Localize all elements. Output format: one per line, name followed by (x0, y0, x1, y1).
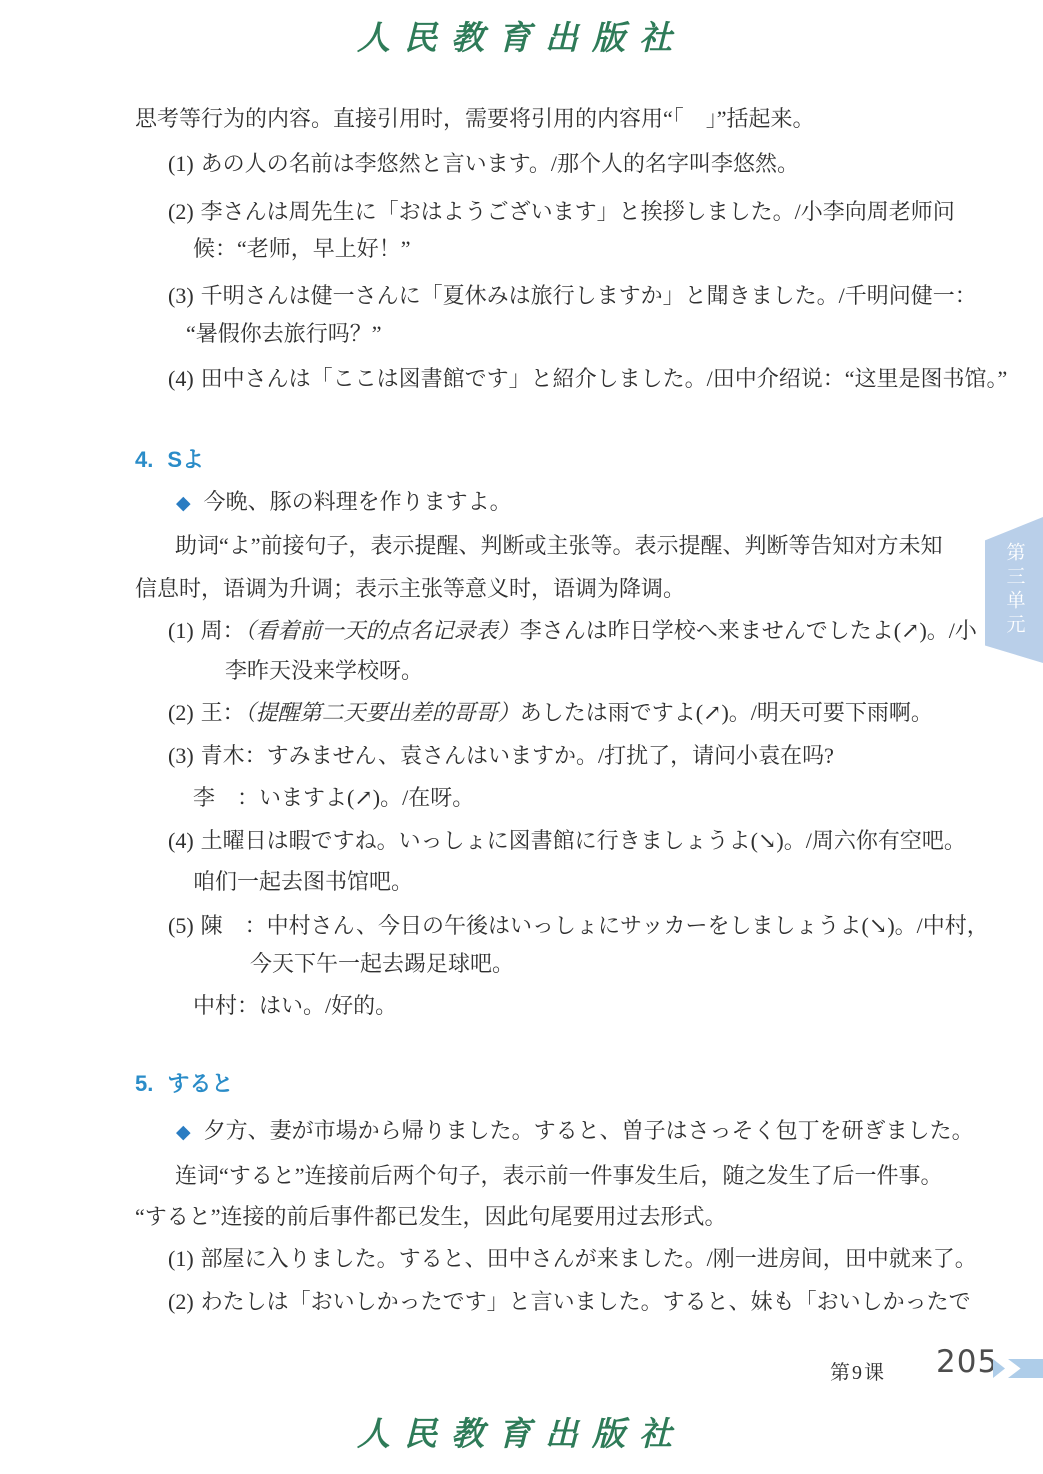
section-4-explanation-line-1: 助词“よ”前接句子，表示提醒、判断或主张等。表示提醒、判断等告知对方未知 (175, 532, 943, 559)
key-sentence-text: 夕方、妻が市場から帰りました。すると、曽子はさっそく包丁を研ぎました。 (204, 1118, 974, 1143)
intro-example-2: (2)李さんは周先生に「おはようございます」と挨拶しました。/小李向周老师问 (168, 198, 955, 225)
example-text: いますよ(↗)。/在呀。 (259, 785, 474, 810)
section-4-example-3: (3)青木：すみません、袁さんはいますか。/打扰了，请问小袁在吗? (168, 742, 834, 769)
ribbon-band-icon (1008, 1359, 1043, 1378)
example-number: (1) (168, 618, 194, 643)
section-4-example-5: (5)陳 ：中村さん、今日の午後はいっしょにサッカーをしましょうよ(↘)。/中村… (168, 912, 989, 939)
context-note: （看着前一天的点名记录表） (245, 618, 520, 643)
example-text: 田中さんは「ここは図書館です」と紹介しました。/田中介绍说：“这里是图书馆。” (201, 366, 1008, 391)
footer-ribbon-icon (993, 1359, 1043, 1378)
intro-example-3-continuation: “暑假你去旅行吗？” (186, 320, 382, 347)
example-number: (2) (168, 700, 194, 725)
example-text: わたしは「おいしかったです」と言いました。すると、妹も「おいしかったで (201, 1289, 971, 1314)
section-5-example-2: (2)わたしは「おいしかったです」と言いました。すると、妹も「おいしかったで (168, 1288, 971, 1315)
intro-example-3: (3)千明さんは健一さんに「夏休みは旅行しますか」と聞きました。/千明问健一： (168, 282, 977, 309)
speaker-label: 中村： (193, 993, 259, 1018)
example-number: (4) (168, 828, 194, 853)
diamond-bullet-icon: ◆ (176, 493, 191, 514)
section-4-example-4: (4)土曜日は暇ですね。いっしょに図書館に行きましょうよ(↘)。/周六你有空吧。 (168, 827, 966, 854)
example-number: (1) (168, 1246, 194, 1271)
speaker-label: 青木： (201, 743, 267, 768)
section-4-explanation-line-2: 信息时，语调为升调；表示主张等意义时，语调为降调。 (135, 575, 685, 602)
section-4-example-2: (2)王：（提醒第二天要出差的哥哥）あしたは雨ですよ(↗)。/明天可要下雨啊。 (168, 699, 933, 726)
example-text: 部屋に入りました。すると、田中さんが来ました。/刚一进房间，田中就来了。 (201, 1246, 977, 1271)
section-4-example-5-continuation: 今天下午一起去踢足球吧。 (250, 950, 514, 977)
intro-paragraph-line: 思考等行为的内容。直接引用时，需要将引用的内容用“「 」”括起来。 (135, 105, 815, 132)
example-text: 中村さん、今日の午後はいっしょにサッカーをしましょうよ(↘)。/中村， (267, 913, 989, 938)
section-4-example-1: (1)周：（看着前一天的点名记录表）李さんは昨日学校へ来ませんでしたよ(↗)。/… (168, 617, 977, 644)
example-number: (3) (168, 283, 194, 308)
section-5-key-sentence: ◆夕方、妻が市場から帰りました。すると、曽子はさっそく包丁を研ぎました。 (176, 1117, 974, 1146)
example-text: すみません、袁さんはいますか。/打扰了，请问小袁在吗? (267, 743, 834, 768)
example-text: 千明さんは健一さんに「夏休みは旅行しますか」と聞きました。/千明问健一： (201, 283, 977, 308)
section-title: すると (167, 1071, 233, 1096)
example-number: (1) (168, 151, 194, 176)
ribbon-chevron-icon (993, 1359, 1005, 1378)
example-text: 李さんは周先生に「おはようございます」と挨拶しました。/小李向周老师问 (201, 199, 955, 224)
example-number: (2) (168, 1289, 194, 1314)
section-title: Sよ (167, 447, 204, 472)
publisher-logo-bottom: 人民教育出版社 (0, 1408, 1043, 1455)
context-note: （提醒第二天要出差的哥哥） (245, 700, 520, 725)
intro-example-2-continuation: 候：“老师，早上好！” (193, 235, 411, 262)
section-4-example-5-reply: 中村：はい。/好的。 (193, 992, 397, 1019)
example-number: (2) (168, 199, 194, 224)
diamond-bullet-icon: ◆ (176, 1122, 191, 1143)
section-number: 4. (135, 447, 153, 472)
section-5-heading: 5.すると (135, 1070, 233, 1097)
section-4-key-sentence: ◆今晩、豚の料理を作りますよ。 (176, 488, 512, 517)
section-5-explanation-line-1: 连词“すると”连接前后两个句子，表示前一件事发生后，随之发生了后一件事。 (175, 1162, 943, 1189)
example-text: 李さんは昨日学校へ来ませんでしたよ(↗)。/小 (520, 618, 977, 643)
example-number: (3) (168, 743, 194, 768)
speaker-label: 李 ： (193, 785, 259, 810)
example-number: (4) (168, 366, 194, 391)
example-text: 土曜日は暇ですね。いっしょに図書館に行きましょうよ(↘)。/周六你有空吧。 (201, 828, 966, 853)
unit-tab-label: 第三单元 (1001, 542, 1028, 638)
section-number: 5. (135, 1071, 153, 1096)
section-4-example-3-reply: 李 ：いますよ(↗)。/在呀。 (193, 784, 474, 811)
section-4-example-4-continuation: 咱们一起去图书馆吧。 (193, 868, 413, 895)
example-number: (5) (168, 913, 194, 938)
example-text: あの人の名前は李悠然と言います。/那个人的名字叫李悠然。 (201, 151, 799, 176)
speaker-label: 周： (201, 618, 245, 643)
speaker-label: 王： (201, 700, 245, 725)
speaker-label: 陳 ： (201, 913, 267, 938)
intro-example-4: (4)田中さんは「ここは図書館です」と紹介しました。/田中介绍说：“这里是图书馆… (168, 365, 1007, 392)
section-5-example-1: (1)部屋に入りました。すると、田中さんが来ました。/刚一进房间，田中就来了。 (168, 1245, 977, 1272)
example-text: はい。/好的。 (259, 993, 397, 1018)
example-text: あしたは雨ですよ(↗)。/明天可要下雨啊。 (520, 700, 933, 725)
footer-page-number: 205 (936, 1344, 998, 1380)
footer-lesson-label: 第9课 (830, 1356, 886, 1385)
intro-example-1: (1)あの人の名前は李悠然と言います。/那个人的名字叫李悠然。 (168, 150, 799, 177)
unit-tab: 第三单元 (985, 517, 1043, 663)
textbook-page: 人民教育出版社 思考等行为的内容。直接引用时，需要将引用的内容用“「 」”括起来… (0, 0, 1043, 1474)
section-4-example-1-continuation: 李昨天没来学校呀。 (225, 657, 423, 684)
section-4-heading: 4.Sよ (135, 446, 204, 473)
key-sentence-text: 今晩、豚の料理を作りますよ。 (204, 489, 512, 514)
publisher-logo-top: 人民教育出版社 (0, 12, 1043, 59)
section-5-explanation-line-2: “すると”连接的前后事件都已发生，因此句尾要用过去形式。 (135, 1203, 727, 1230)
